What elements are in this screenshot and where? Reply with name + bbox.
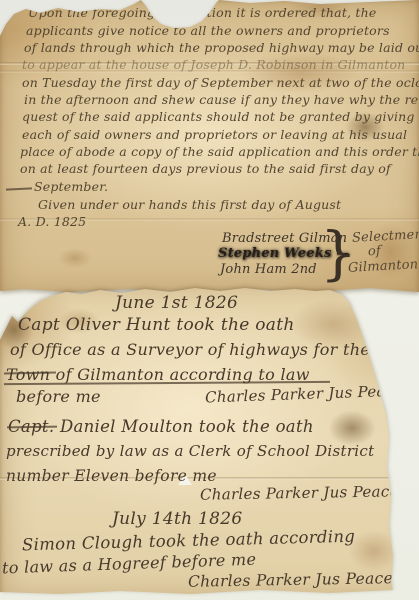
order-sheet-wrap: Upon the foregoing application it is ord… [0,0,419,294]
attestation-of: of [368,245,382,260]
manuscript-line: on at least fourteen days previous to th… [20,162,391,176]
order-sheet: Upon the foregoing application it is ord… [0,0,419,294]
manuscript-line: to appear at the house of Joseph D. Robi… [22,58,405,72]
manuscript-line: quest of the said applicants should not … [22,110,419,124]
manuscript-line: Capt Oliver Hunt took the oath [18,316,295,335]
manuscript-line: of Office as a Surveyor of highways for … [10,341,370,359]
manuscript-line: before me [16,388,101,406]
oath-date: July 14th 1826 [112,510,243,529]
manuscript-line: prescribed by law as a Clerk of School D… [6,443,374,460]
oath-date: June 1st 1826 [115,294,238,313]
manuscript-line: A. D. 1825 [18,215,86,229]
manuscript-line: each of said owners and proprietors or l… [22,128,407,142]
paper-stain [348,530,400,572]
scanned-document-page: Upon the foregoing application it is ord… [0,0,419,600]
manuscript-line: Given under our hands this first day of … [38,198,341,212]
manuscript-line: September. [34,180,108,194]
signature-john-ham: John Ham 2nd [220,263,317,277]
manuscript-line: Upon the foregoing application it is ord… [28,6,376,20]
oaths-sheet-wrap: June 1st 1826 Capt Oliver Hunt took the … [0,282,419,600]
manuscript-line: of lands through which the proposed high… [24,41,419,55]
manuscript-line: number Eleven before me [6,468,217,485]
manuscript-line: place of abode a copy of the said applic… [20,145,419,159]
paper-stain [58,248,92,268]
manuscript-line: in the afternoon and shew cause if any t… [24,93,418,107]
signature-charles-parker: Charles Parker Jus Peace [200,483,399,503]
manuscript-line: applicants give notice to all the owners… [26,24,390,38]
paper-stain [328,410,376,446]
signature-charles-parker: Charles Parker Jus Peace [188,570,393,591]
manuscript-line: on Tuesday the first day of September ne… [22,76,419,90]
oaths-sheet: June 1st 1826 Capt Oliver Hunt took the … [0,282,419,600]
